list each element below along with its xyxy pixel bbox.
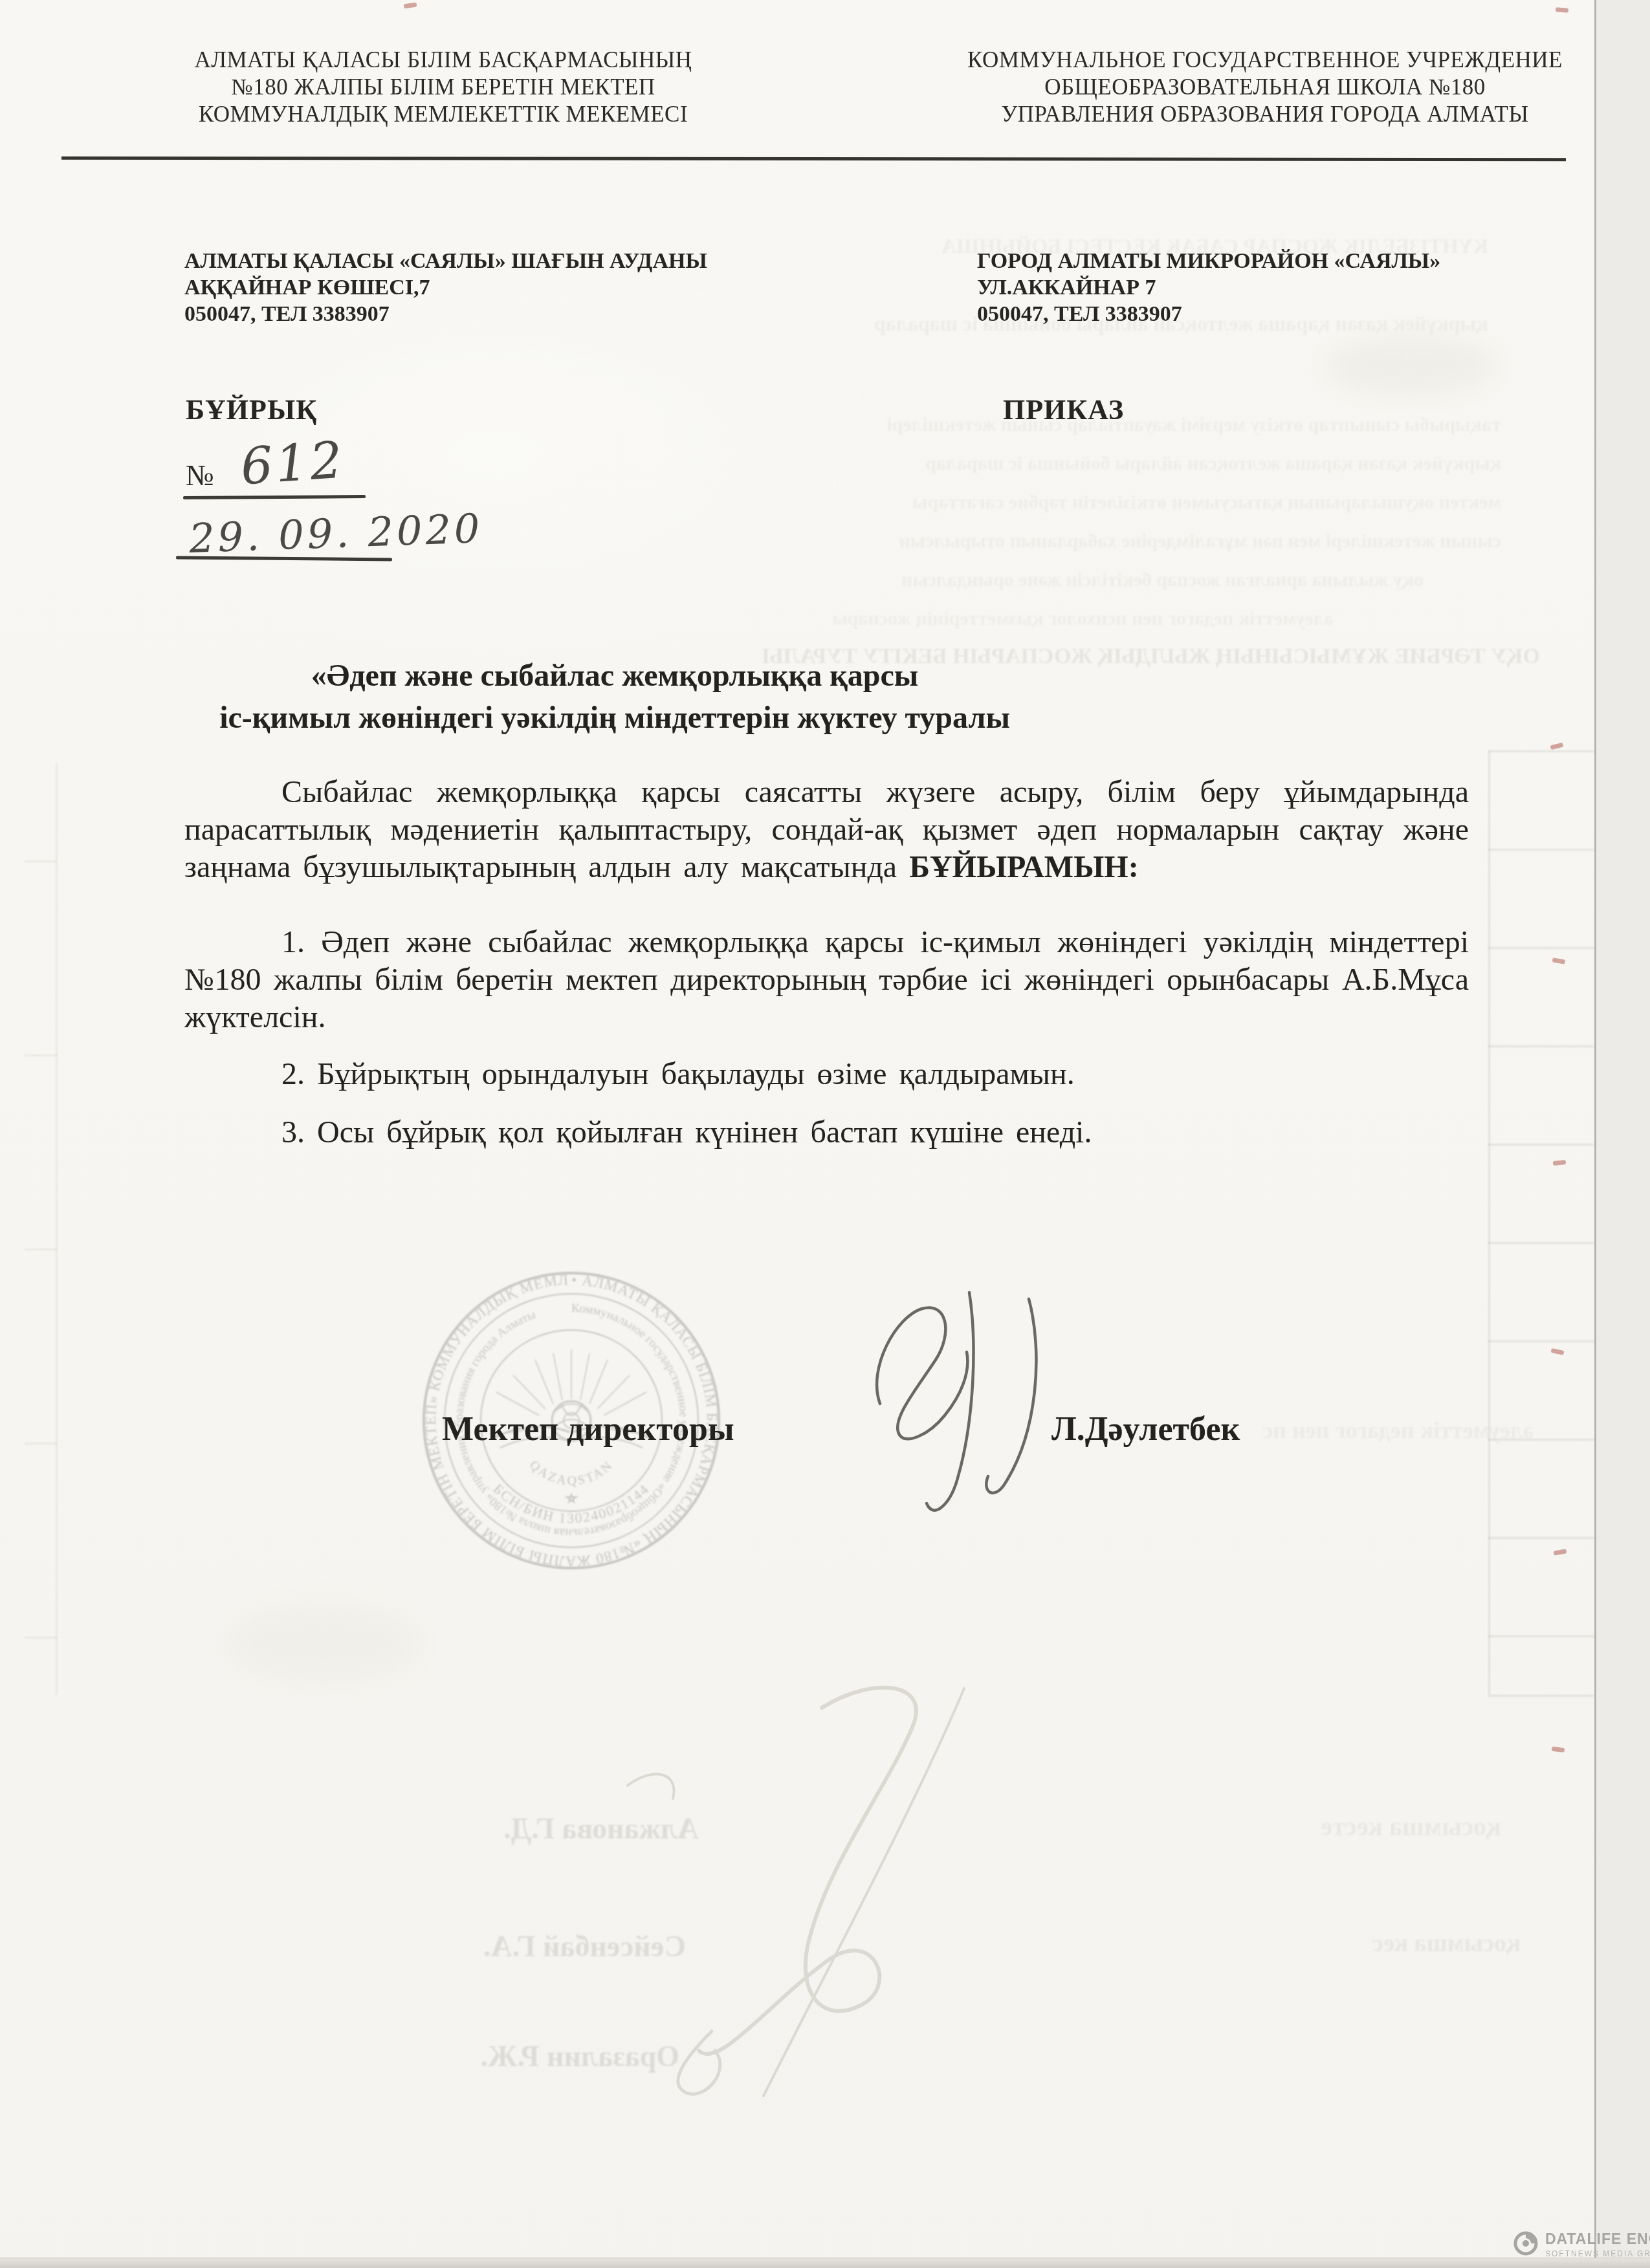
bleed-table-line xyxy=(1488,1144,1594,1146)
order-title: «Әдеп және сыбайлас жемқорлыққа қарсы іс… xyxy=(184,655,1045,739)
order-number-sign: № xyxy=(186,458,214,492)
address-kk: АЛМАТЫ ҚАЛАСЫ «САЯЛЫ» ШАҒЫН АУДАНЫ АҚҚАЙ… xyxy=(184,248,806,327)
number-underline xyxy=(183,495,366,499)
org-name-ru-line: КОММУНАЛЬНОЕ ГОСУДАРСТВЕННОЕ УЧРЕЖДЕНИЕ xyxy=(964,47,1566,74)
address-ru-line: УЛ.АККАЙНАР 7 xyxy=(977,274,1534,301)
bleed-table-line xyxy=(25,860,57,862)
bleed-artifact: әлеуметтік педагог пен психолог қызметте… xyxy=(492,608,1333,630)
bleed-table-line xyxy=(25,1443,57,1445)
red-pen-mark xyxy=(1556,7,1569,13)
scan-edge-right xyxy=(1594,0,1650,2268)
bleed-table-line xyxy=(1488,1537,1594,1539)
paper-stain xyxy=(226,1604,421,1682)
bleed-artifact: қыркүйек қазан қараша желтоқсан айлары б… xyxy=(414,453,1501,475)
watermark-title: DATALIFE ENGINE xyxy=(1545,2230,1650,2248)
preamble-emphasis: БҰЙЫРАМЫН: xyxy=(909,850,1138,884)
bleed-table-line xyxy=(1488,849,1594,851)
order-title-line: іс-қимыл жөніндегі уәкілдің міндеттерін … xyxy=(184,697,1045,739)
pencil-scribble-artifact xyxy=(550,1669,1521,2135)
bleed-table-line xyxy=(1488,1045,1594,1047)
order-word-ru: ПРИКАЗ xyxy=(1003,393,1124,426)
org-name-ru-line: УПРАВЛЕНИЯ ОБРАЗОВАНИЯ ГОРОДА АЛМАТЫ xyxy=(964,101,1566,128)
address-ru-line: ГОРОД АЛМАТЫ МИКРОРАЙОН «САЯЛЫ» xyxy=(977,248,1534,274)
bleed-table-line xyxy=(1488,750,1594,752)
bleed-table-line xyxy=(1488,750,1490,1695)
bleed-table-line xyxy=(25,1637,57,1639)
bleed-artifact: тақырыбы сыныптар өткізу мерзімі жауапты… xyxy=(453,414,1501,436)
paper-stain xyxy=(1326,336,1495,395)
order-number-value: 612 xyxy=(239,431,347,496)
order-item-2: 2. Бұйрықтың орындалуын бақылауды өзіме … xyxy=(184,1056,1469,1093)
scanned-order-document: КҮНТІЗБЕЛІК ЖОСПАР САБАҚ КЕСТЕСІ БОЙЫНША… xyxy=(0,0,1650,2268)
datalife-watermark: DATALIFE ENGINE SOFTNEWS MEDIA GROUP xyxy=(1513,2230,1650,2258)
red-pen-mark xyxy=(1550,743,1563,750)
bleed-table-line xyxy=(1488,1340,1594,1342)
org-name-ru: КОММУНАЛЬНОЕ ГОСУДАРСТВЕННОЕ УЧРЕЖДЕНИЕ … xyxy=(964,47,1566,128)
bleed-artifact: оқу жылына арналған жоспар бекітілсін жә… xyxy=(453,569,1424,591)
order-word-kk: БҰЙРЫҚ xyxy=(186,393,317,426)
org-name-kk-line: КОММУНАЛДЫҚ МЕМЛЕКЕТТІК МЕКЕМЕСІ xyxy=(100,101,786,128)
red-pen-mark xyxy=(1554,1549,1567,1555)
bleed-table-line xyxy=(25,1054,57,1056)
org-name-kk-line: №180 ЖАЛПЫ БІЛІМ БЕРЕТІН МЕКТЕП xyxy=(100,74,786,101)
red-pen-mark xyxy=(1552,957,1566,964)
stamp-center-text: QAZAQSTAN xyxy=(527,1457,616,1488)
order-item-3: 3. Осы бұйрық қол қойылған күнінен баста… xyxy=(184,1114,1469,1151)
bleed-table-line xyxy=(1488,1242,1594,1244)
datalife-logo-icon xyxy=(1513,2230,1539,2256)
address-ru-line: 050047, ТЕЛ 3383907 xyxy=(977,301,1534,327)
svg-text:QAZAQSTAN: QAZAQSTAN xyxy=(527,1457,616,1488)
preamble-text: Сыбайлас жемқорлыққа қарсы саясатты жүзе… xyxy=(184,775,1469,884)
order-date-value: 29. 09. 2020 xyxy=(188,505,484,562)
address-kk-line: 050047, ТЕЛ 3383907 xyxy=(184,301,806,327)
bleed-table-line xyxy=(56,763,58,1695)
order-item-1: 1. Әдеп және сыбайлас жемқорлыққа қарсы … xyxy=(184,924,1469,1036)
bleed-artifact: әлеуметтік педагог пен психолог қызметте… xyxy=(1262,1417,1534,1444)
director-role: Мектеп директоры xyxy=(442,1410,734,1448)
letterhead-rule xyxy=(61,157,1566,161)
bleed-table-line xyxy=(25,1248,57,1250)
org-name-kk-line: АЛМАТЫ ҚАЛАСЫ БІЛІМ БАСҚАРМАСЫНЫҢ xyxy=(100,47,786,74)
address-kk-line: АЛМАТЫ ҚАЛАСЫ «САЯЛЫ» ШАҒЫН АУДАНЫ xyxy=(184,248,806,274)
order-title-line: «Әдеп және сыбайлас жемқорлыққа қарсы xyxy=(184,655,1045,697)
scan-edge-bottom xyxy=(0,2258,1650,2268)
org-name-ru-line: ОБЩЕОБРАЗОВАТЕЛЬНАЯ ШКОЛА №180 xyxy=(964,74,1566,101)
org-name-kk: АЛМАТЫ ҚАЛАСЫ БІЛІМ БАСҚАРМАСЫНЫҢ №180 Ж… xyxy=(100,47,786,128)
bleed-table-line xyxy=(1488,1635,1594,1637)
bleed-artifact: сынып жетекшілері мен пән мұғалімдеріне … xyxy=(427,530,1501,552)
bleed-table-line xyxy=(1488,947,1594,949)
red-pen-mark xyxy=(1552,1747,1565,1752)
order-preamble: Сыбайлас жемқорлыққа қарсы саясатты жүзе… xyxy=(184,774,1469,886)
address-kk-line: АҚҚАЙНАР КӨШЕСІ,7 xyxy=(184,274,806,301)
red-pen-mark xyxy=(404,3,417,9)
red-pen-mark xyxy=(1553,1160,1567,1166)
address-ru: ГОРОД АЛМАТЫ МИКРОРАЙОН «САЯЛЫ» УЛ.АККАЙ… xyxy=(977,248,1534,327)
bleed-artifact: мектеп оқушыларының қатысуымен өткізілет… xyxy=(453,492,1501,514)
red-pen-mark xyxy=(1550,1348,1564,1355)
watermark-subtitle: SOFTNEWS MEDIA GROUP xyxy=(1545,2249,1650,2258)
director-signature xyxy=(835,1287,1081,1533)
